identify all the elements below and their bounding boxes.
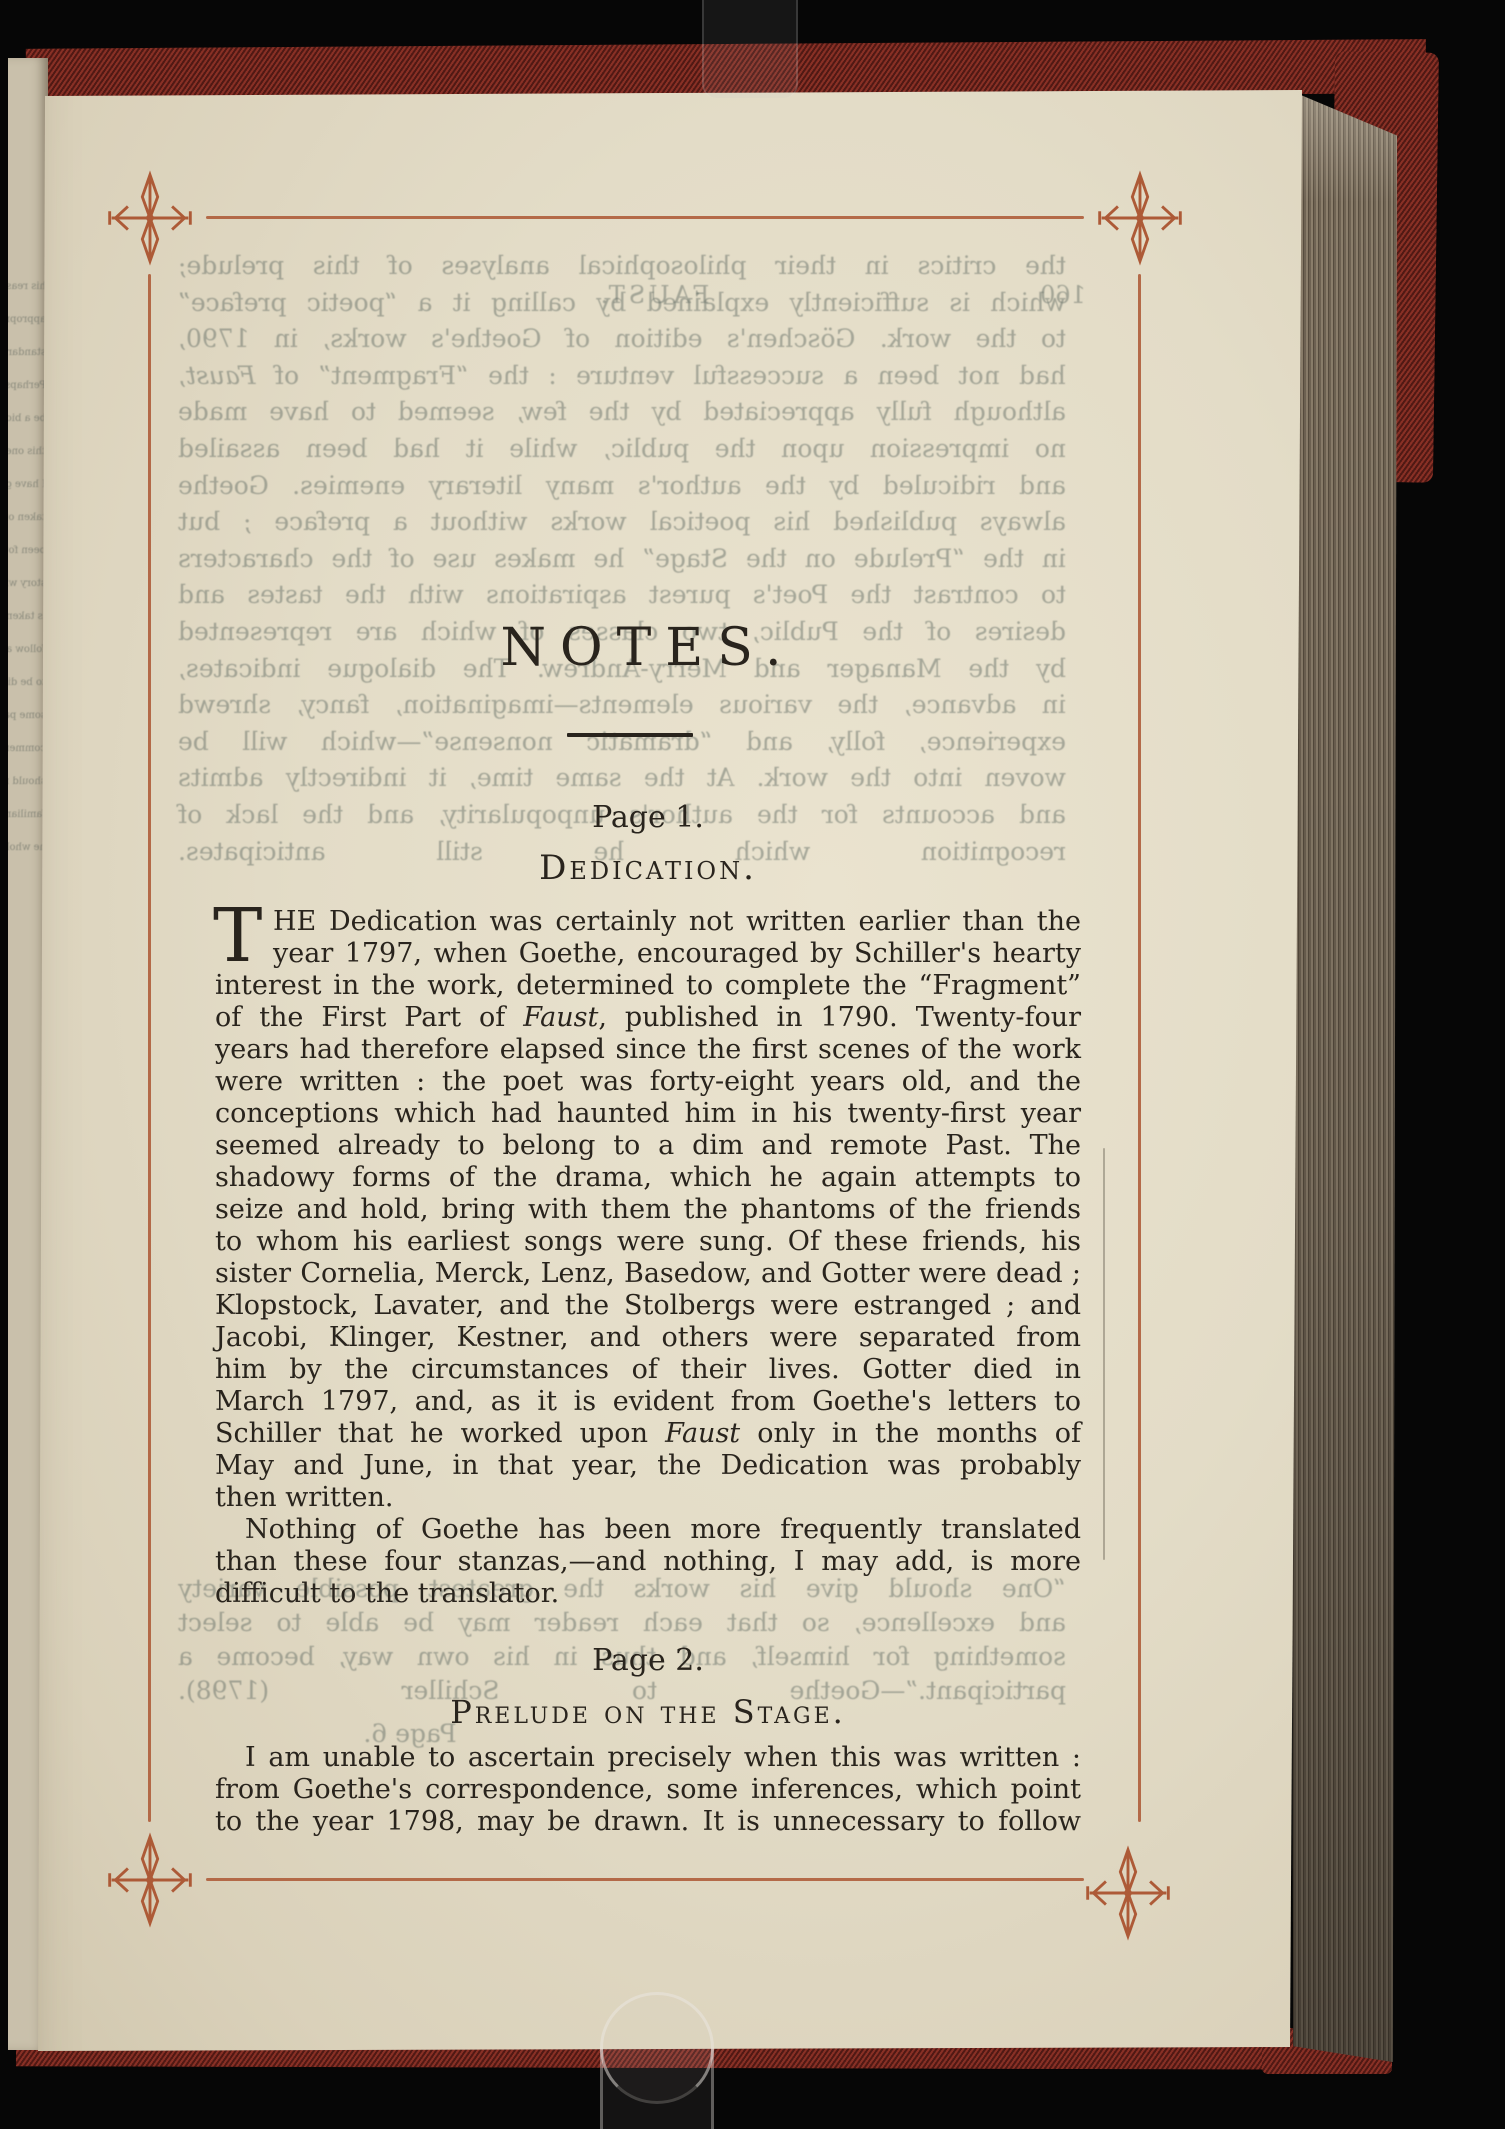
text-line: years had therefore elapsed since the fi… [215, 1034, 1081, 1066]
bleed-through-page-number: 160 [1028, 281, 1098, 309]
text-line: than these four stanzas,—and nothing, I … [215, 1546, 1081, 1578]
text-line: Perhaps t [8, 369, 46, 402]
text-line: Nothing of Goethe has been more frequent… [215, 1514, 1081, 1546]
text-line: March 1797, and, as it is evident from G… [215, 1386, 1081, 1418]
bleed-through-running-head: FAUST. [588, 281, 718, 309]
text-line: is taken as [8, 600, 46, 633]
text-line: I am unable to ascertain precisely when … [215, 1742, 1081, 1774]
text-line: year 1797, when Goethe, encouraged by Sc… [215, 938, 1081, 970]
text-line: to be disco [8, 666, 46, 699]
page-title: NOTES. [215, 618, 1081, 678]
book-page-photo: his reasonappropriatestandard GePerhaps … [0, 0, 1505, 2129]
text-line: Schiller that he worked upon Faust only … [215, 1418, 1081, 1450]
text-line: from Goethe's correspondence, some infer… [215, 1774, 1081, 1806]
text-line: and excellence, so that each reader may … [178, 1606, 1066, 1640]
corner-ornament-icon [1080, 1845, 1176, 1941]
book-fore-edge [1291, 84, 1397, 2064]
text-line: experience, folly, and “dramatic nonsens… [178, 724, 1066, 761]
text-line: some passa [8, 699, 46, 732]
text-line: story with [8, 567, 46, 600]
text-line: be a biogra [8, 402, 46, 435]
text-line: difficult to the translator. [215, 1578, 1081, 1610]
text-line: taken of it [8, 501, 46, 534]
text-line: his reason [8, 270, 46, 303]
note-paragraph: I am unable to ascertain precisely when … [215, 1742, 1081, 1838]
text-line: been found [8, 534, 46, 567]
text-line: Klopstock, Lavater, and the Stolbergs we… [215, 1290, 1081, 1322]
text-line: to contrast the Poet's purest aspiration… [178, 577, 1066, 614]
page-holder-strap [598, 1986, 716, 2129]
text-line: Jacobi, Klinger, Kestner, and others wer… [215, 1322, 1081, 1354]
adjacent-page-text: his reasonappropriatestandard GePerhaps … [8, 270, 46, 864]
border-top-rule [206, 216, 1084, 219]
text-line: no impression upon the public, while it … [178, 431, 1066, 468]
text-line: shadowy forms of the drama, which he aga… [215, 1162, 1081, 1194]
section-heading: Dedication. [215, 848, 1081, 888]
text-line: to whom his earliest songs were sung. Of… [215, 1226, 1081, 1258]
section-heading: Prelude on the Stage. [215, 1693, 1081, 1731]
text-line: conceptions which had haunted him in his… [215, 1098, 1081, 1130]
text-line: this one wr [8, 435, 46, 468]
text-line: HE Dedication was certainly not written … [215, 906, 1081, 938]
text-line: follow at th [8, 633, 46, 666]
text-line: the critics in their philosophical analy… [178, 248, 1066, 285]
bleed-through-text: the critics in their philosophical analy… [178, 248, 1066, 870]
text-line: although fully appreciated by the few, s… [178, 394, 1066, 431]
text-line: familiar wit [8, 798, 46, 831]
page-reference: Page 1. [215, 800, 1081, 835]
text-line: to the year 1798, may be drawn. It is un… [215, 1806, 1081, 1838]
text-line: interest in the work, determined to comp… [215, 970, 1081, 1002]
corner-ornament-icon [1092, 170, 1188, 266]
text-line: of the First Part of Faust, published in… [215, 1002, 1081, 1034]
text-line: in the “Prelude on the Stage” he makes u… [178, 541, 1066, 578]
text-line: woven into the work. At the same time, i… [178, 760, 1066, 797]
fore-edge-shading [1291, 84, 1397, 2064]
text-line: appropriate [8, 303, 46, 336]
text-line: should n [8, 765, 46, 798]
text-line: always published his poetical works with… [178, 504, 1066, 541]
border-bottom-rule [206, 1878, 1084, 1881]
text-line: to the work. Göschen's edition of Goethe… [178, 321, 1066, 358]
page-crease [1103, 1148, 1105, 1560]
text-line: May and June, in that year, the Dedicati… [215, 1450, 1081, 1482]
corner-ornament-icon [102, 1832, 198, 1928]
text-line: had not been a successful venture : the … [178, 358, 1066, 395]
text-line: I have give [8, 468, 46, 501]
text-line: were written : the poet was forty-eight … [215, 1066, 1081, 1098]
page-holder-strap [702, 0, 798, 98]
text-line: in advance, the various elements—imagina… [178, 687, 1066, 724]
text-line: then written. [215, 1482, 1081, 1514]
text-line: standard Ge [8, 336, 46, 369]
strap-body [600, 2048, 714, 2129]
note-paragraph: Nothing of Goethe has been more frequent… [215, 1514, 1081, 1610]
note-paragraph: HE Dedication was certainly not written … [215, 906, 1081, 1514]
border-left-rule [148, 274, 151, 1822]
text-line: and ridiculed by the author's many liter… [178, 468, 1066, 505]
text-line: seize and hold, bring with them the phan… [215, 1194, 1081, 1226]
text-line: sister Cornelia, Merck, Lenz, Basedow, a… [215, 1258, 1081, 1290]
text-line: he whol [8, 831, 46, 864]
text-line: seemed already to belong to a dim and re… [215, 1130, 1081, 1162]
page-reference: Page 2. [215, 1643, 1081, 1678]
corner-ornament-icon [102, 170, 198, 266]
book-page: the critics in their philosophical analy… [0, 0, 1505, 2129]
text-line: commensura [8, 732, 46, 765]
title-divider [567, 733, 693, 737]
text-line: him by the circumstances of their lives.… [215, 1354, 1081, 1386]
border-right-rule [1138, 274, 1141, 1822]
